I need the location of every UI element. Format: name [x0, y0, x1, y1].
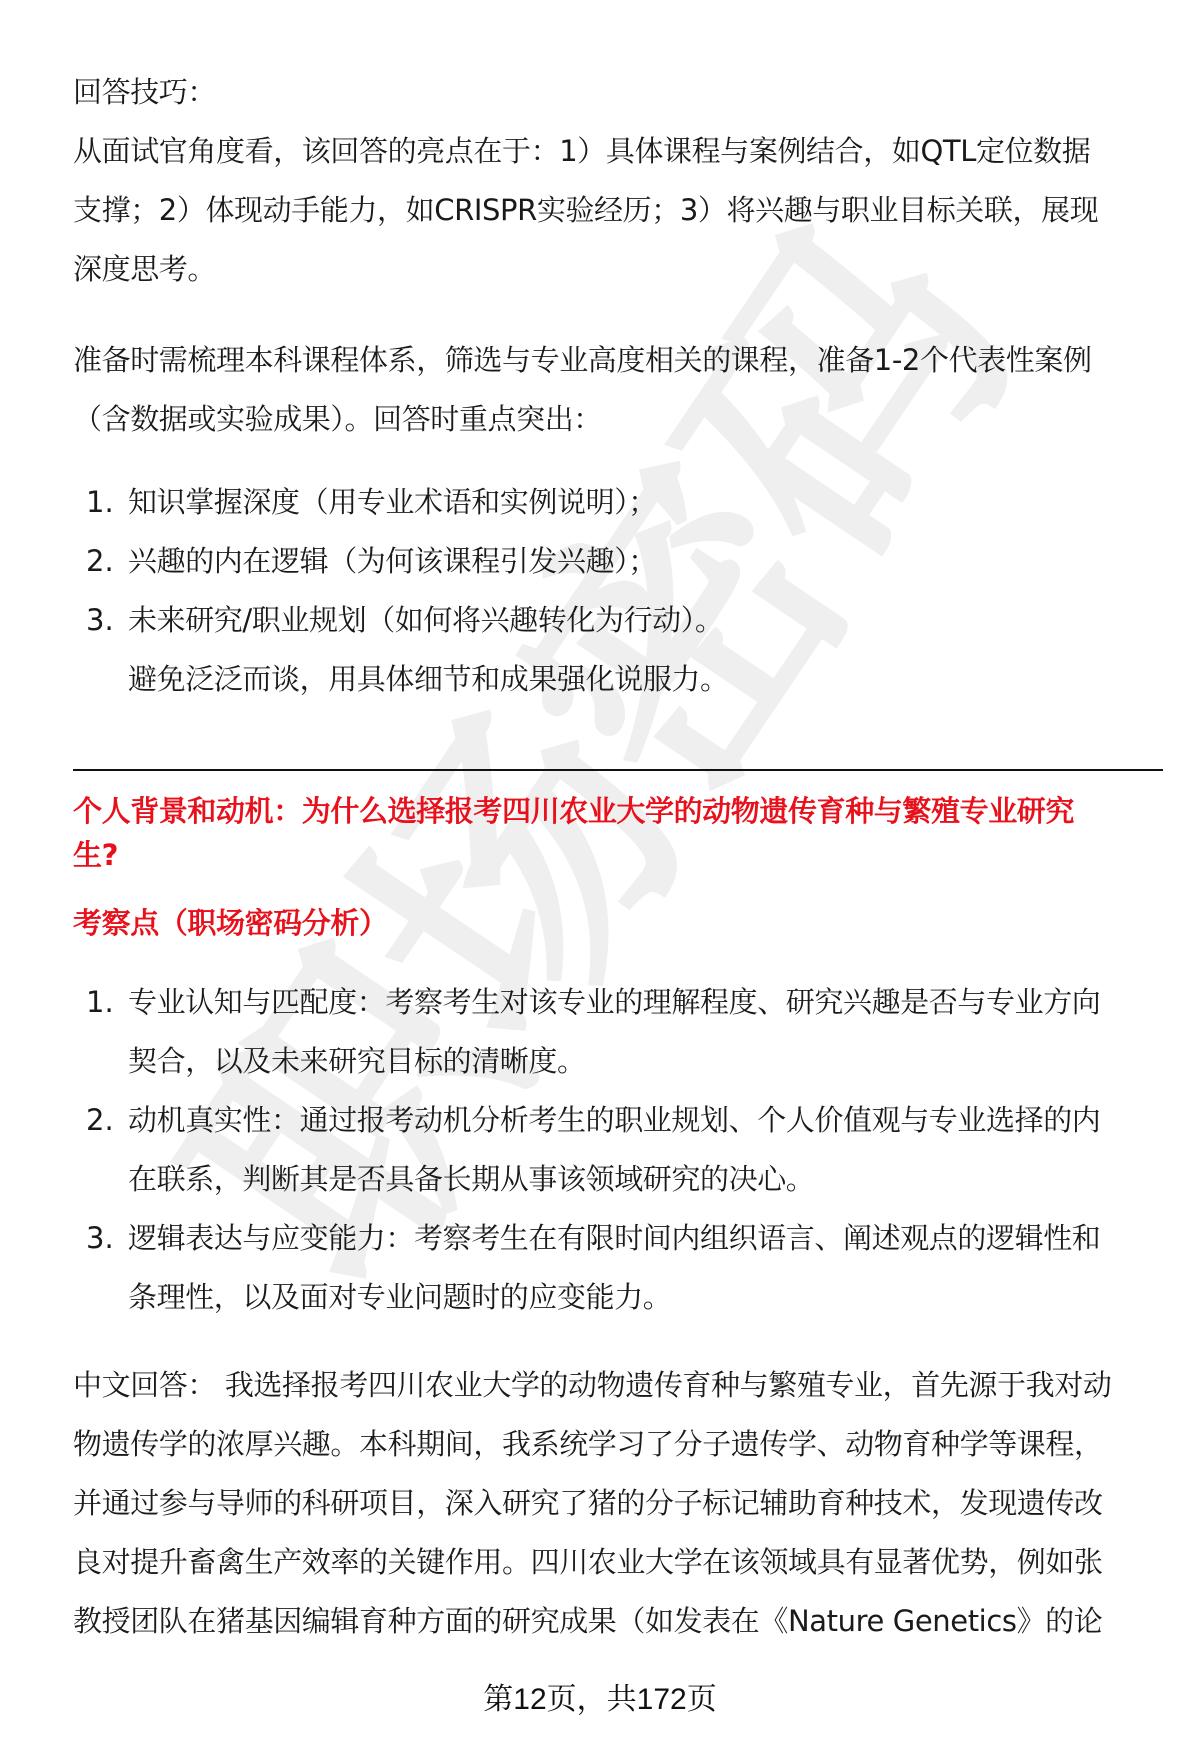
- prep-paragraph-line: （含数据或实验成果）。回答时重点突出：: [73, 401, 602, 437]
- question-heading: 个人背景和动机：为什么选择报考四川农业大学的动物遗传育种与繁殖专业研究: [73, 793, 1074, 829]
- list-item-continuation: 在联系，判断其是否具备长期从事该领域研究的决心。: [128, 1161, 814, 1197]
- list-item: 未来研究/职业规划（如何将兴趣转化为行动）。: [128, 602, 723, 638]
- tips-paragraph-line: 从面试官角度看，该回答的亮点在于：1）具体课程与案例结合，如QTL定位数据: [73, 133, 1090, 169]
- list-item-number: 2.: [86, 1102, 114, 1138]
- tips-paragraph-line: 支撑；2）体现动手能力，如CRISPR实验经历；3）将兴趣与职业目标关联，展现: [73, 192, 1098, 228]
- list-item: 逻辑表达与应变能力：考察考生在有限时间内组织语言、阐述观点的逻辑性和: [128, 1220, 1100, 1256]
- list-continuation: 避免泛泛而谈，用具体细节和成果强化说服力。: [128, 661, 729, 697]
- section-divider: [73, 769, 1163, 771]
- tips-paragraph-line: 深度思考。: [73, 251, 216, 287]
- answer-line: 教授团队在猪基因编辑育种方面的研究成果（如发表在《Nature Genetics…: [73, 1603, 1102, 1639]
- answer-line: 中文回答： 我选择报考四川农业大学的动物遗传育种与繁殖专业，首先源于我对动: [73, 1367, 1111, 1403]
- prep-paragraph-line: 准备时需梳理本科课程体系，筛选与专业高度相关的课程，准备1-2个代表性案例: [73, 342, 1092, 378]
- list-item-continuation: 条理性，以及面对专业问题时的应变能力。: [128, 1279, 671, 1315]
- list-item: 知识掌握深度（用专业术语和实例说明）；: [128, 484, 657, 520]
- answer-line: 良对提升畜禽生产效率的关键作用。四川农业大学在该领域具有显著优势，例如张: [73, 1544, 1103, 1580]
- list-item-number: 1.: [86, 484, 114, 520]
- list-item: 专业认知与匹配度：考察考生对该专业的理解程度、研究兴趣是否与专业方向: [128, 984, 1100, 1020]
- list-item-number: 1.: [86, 984, 114, 1020]
- list-item: 动机真实性：通过报考动机分析考生的职业规划、个人价值观与专业选择的内: [128, 1102, 1100, 1138]
- assessment-subheading: 考察点（职场密码分析）: [73, 905, 388, 941]
- question-heading: 生?: [73, 837, 118, 873]
- answer-line: 并通过参与导师的科研项目，深入研究了猪的分子标记辅助育种技术，发现遗传改: [73, 1485, 1103, 1521]
- page-number: 第12页，共172页: [0, 1682, 1200, 1718]
- list-item-number: 3.: [86, 1220, 114, 1256]
- list-item: 兴趣的内在逻辑（为何该课程引发兴趣）；: [128, 543, 657, 579]
- answer-line: 物遗传学的浓厚兴趣。本科期间，我系统学习了分子遗传学、动物育种学等课程，: [73, 1426, 1103, 1462]
- tips-title: 回答技巧：: [73, 74, 216, 110]
- document-page: 回答技巧： 从面试官角度看，该回答的亮点在于：1）具体课程与案例结合，如QTL定…: [0, 0, 1200, 1755]
- list-item-number: 3.: [86, 602, 114, 638]
- list-item-continuation: 契合，以及未来研究目标的清晰度。: [128, 1043, 586, 1079]
- list-item-number: 2.: [86, 543, 114, 579]
